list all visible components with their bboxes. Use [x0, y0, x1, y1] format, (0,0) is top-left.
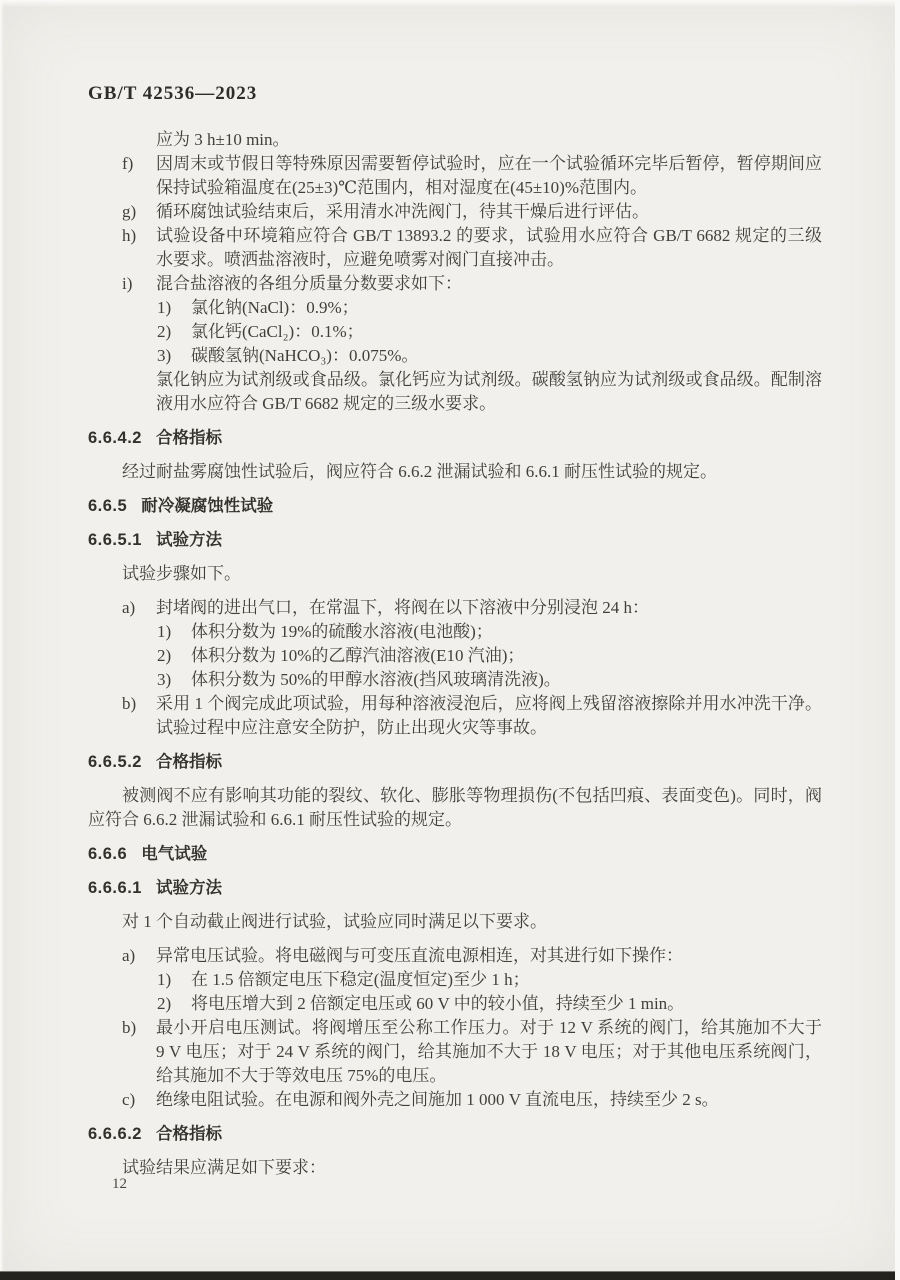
list-marker: 2) [157, 992, 171, 1016]
list-item-a: a) 封堵阀的进出气口，在常温下，将阀在以下溶液中分别浸泡 24 h： [88, 596, 822, 620]
list-item-text: 绝缘电阻试验。在电源和阀外壳之间施加 1 000 V 直流电压，持续至少 2 s… [156, 1090, 719, 1109]
sub-list-item-2: 2) 氯化钙(CaCl₂)：0.1%； [88, 320, 822, 344]
list-marker: 2) [157, 644, 171, 668]
section-heading-6-6-6-2: 6.6.6.2合格指标 [88, 1122, 822, 1146]
section-title: 试验方法 [156, 879, 222, 897]
list-item-b: b) 最小开启电压测试。将阀增压至公称工作压力。对于 12 V 系统的阀门，给其… [88, 1016, 822, 1088]
list-item-text: 体积分数为 19%的硫酸水溶液(电池酸)； [191, 622, 493, 641]
list-item-g: g) 循环腐蚀试验结束后，采用清水冲洗阀门，待其干燥后进行评估。 [88, 200, 822, 224]
list-item-b: b) 采用 1 个阀完成此项试验，用每种溶液浸泡后，应将阀上残留溶液擦除并用水冲… [88, 692, 822, 740]
section-number: 6.6.5 [88, 497, 127, 515]
list-marker: h) [122, 224, 136, 248]
sub-list-item-2: 2) 体积分数为 10%的乙醇汽油溶液(E10 汽油)； [88, 644, 822, 668]
section-number: 6.6.6 [88, 845, 127, 863]
list-item-text: 将电压增大到 2 倍额定电压或 60 V 中的较小值，持续至少 1 min。 [191, 994, 684, 1013]
list-marker: 2) [157, 320, 171, 344]
section-number: 6.6.5.2 [88, 753, 142, 771]
standard-number-header: GB/T 42536—2023 [88, 82, 822, 106]
page-content: GB/T 42536—2023 应为 3 h±10 min。 f) 因周末或节假… [0, 0, 900, 1180]
list-item-text: 氯化钙(CaCl₂)：0.1%； [191, 322, 364, 341]
scan-bottom-bar [0, 1271, 895, 1280]
section-title: 耐冷凝腐蚀性试验 [141, 497, 273, 515]
list-item-text: 异常电压试验。将电磁阀与可变压直流电源相连，对其进行如下操作： [156, 946, 683, 965]
list-item-text: 循环腐蚀试验结束后，采用清水冲洗阀门，待其干燥后进行评估。 [156, 202, 649, 221]
list-marker: 1) [157, 620, 171, 644]
section-number: 6.6.6.2 [88, 1125, 142, 1143]
list-item-h: h) 试验设备中环境箱应符合 GB/T 13893.2 的要求，试验用水应符合 … [88, 224, 822, 272]
sub-list-item-1: 1) 体积分数为 19%的硫酸水溶液(电池酸)； [88, 620, 822, 644]
list-marker: 1) [157, 296, 171, 320]
list-marker: 3) [157, 344, 171, 368]
continuation-paragraph: 应为 3 h±10 min。 [156, 128, 822, 152]
sub-list-item-3: 3) 体积分数为 50%的甲醇水溶液(挡风玻璃清洗液)。 [88, 668, 822, 692]
list-item-text: 因周末或节假日等特殊原因需要暂停试验时，应在一个试验循环完毕后暂停，暂停期间应保… [156, 154, 822, 197]
paragraph: 经过耐盐雾腐蚀性试验后，阀应符合 6.6.2 泄漏试验和 6.6.1 耐压性试验… [88, 460, 822, 484]
paragraph: 被测阀不应有影响其功能的裂纹、软化、膨胀等物理损伤(不包括凹痕、表面变色)。同时… [88, 784, 822, 832]
list-item-text: 氯化钠(NaCl)：0.9%； [191, 298, 359, 317]
list-item-f: f) 因周末或节假日等特殊原因需要暂停试验时，应在一个试验循环完毕后暂停，暂停期… [88, 152, 822, 200]
list-item-text: 采用 1 个阀完成此项试验，用每种溶液浸泡后，应将阀上残留溶液擦除并用水冲洗干净… [156, 694, 822, 737]
scan-edge-right [895, 0, 900, 1280]
list-item-a: a) 异常电压试验。将电磁阀与可变压直流电源相连，对其进行如下操作： [88, 944, 822, 968]
sub-list-item-3: 3) 碳酸氢钠(NaHCO₃)：0.075%。 [88, 344, 822, 368]
document-page: GB/T 42536—2023 应为 3 h±10 min。 f) 因周末或节假… [0, 0, 900, 1280]
section-heading-6-6-6: 6.6.6电气试验 [88, 842, 822, 866]
section-heading-6-6-4-2: 6.6.4.2合格指标 [88, 426, 822, 450]
list-marker: a) [122, 944, 135, 968]
list-item-i: i) 混合盐溶液的各组分质量分数要求如下： [88, 272, 822, 296]
section-heading-6-6-5: 6.6.5耐冷凝腐蚀性试验 [88, 494, 822, 518]
list-item-text: 混合盐溶液的各组分质量分数要求如下： [156, 274, 462, 293]
section-heading-6-6-5-2: 6.6.5.2合格指标 [88, 750, 822, 774]
section-title: 试验方法 [156, 531, 222, 549]
section-number: 6.6.6.1 [88, 879, 142, 897]
scan-edge-left [0, 0, 4, 1280]
paragraph: 试验结果应满足如下要求： [88, 1156, 822, 1180]
section-title: 合格指标 [156, 753, 222, 771]
scan-edge-top [0, 0, 900, 7]
list-item-text: 试验设备中环境箱应符合 GB/T 13893.2 的要求，试验用水应符合 GB/… [156, 226, 822, 269]
section-title: 电气试验 [141, 845, 207, 863]
list-item-text: 封堵阀的进出气口，在常温下，将阀在以下溶液中分别浸泡 24 h： [156, 598, 649, 617]
list-item-text: 体积分数为 10%的乙醇汽油溶液(E10 汽油)； [191, 646, 524, 665]
list-marker: i) [122, 272, 132, 296]
list-marker: a) [122, 596, 135, 620]
list-item-c: c) 绝缘电阻试验。在电源和阀外壳之间施加 1 000 V 直流电压，持续至少 … [88, 1088, 822, 1112]
list-marker: b) [122, 1016, 136, 1040]
section-number: 6.6.5.1 [88, 531, 142, 549]
paragraph: 试验步骤如下。 [88, 562, 822, 586]
list-marker: g) [122, 200, 136, 224]
section-heading-6-6-6-1: 6.6.6.1试验方法 [88, 876, 822, 900]
sub-list-item-1: 1) 氯化钠(NaCl)：0.9%； [88, 296, 822, 320]
list-marker: c) [122, 1088, 135, 1112]
section-title: 合格指标 [156, 1125, 222, 1143]
paragraph: 对 1 个自动截止阀进行试验，试验应同时满足以下要求。 [88, 910, 822, 934]
section-heading-6-6-5-1: 6.6.5.1试验方法 [88, 528, 822, 552]
list-item-text: 碳酸氢钠(NaHCO₃)：0.075%。 [191, 346, 418, 365]
sub-list-item-1: 1) 在 1.5 倍额定电压下稳定(温度恒定)至少 1 h； [88, 968, 822, 992]
list-marker: 3) [157, 668, 171, 692]
continuation-paragraph: 氯化钠应为试剂级或食品级。氯化钙应为试剂级。碳酸氢钠应为试剂级或食品级。配制溶液… [156, 368, 822, 416]
list-item-text: 最小开启电压测试。将阀增压至公称工作压力。对于 12 V 系统的阀门，给其施加不… [156, 1018, 822, 1085]
list-marker: f) [122, 152, 133, 176]
list-item-text: 在 1.5 倍额定电压下稳定(温度恒定)至少 1 h； [191, 970, 530, 989]
list-item-text: 体积分数为 50%的甲醇水溶液(挡风玻璃清洗液)。 [191, 670, 561, 689]
page-number: 12 [112, 1176, 127, 1193]
list-marker: b) [122, 692, 136, 716]
section-title: 合格指标 [156, 429, 222, 447]
section-number: 6.6.4.2 [88, 429, 142, 447]
sub-list-item-2: 2) 将电压增大到 2 倍额定电压或 60 V 中的较小值，持续至少 1 min… [88, 992, 822, 1016]
list-marker: 1) [157, 968, 171, 992]
